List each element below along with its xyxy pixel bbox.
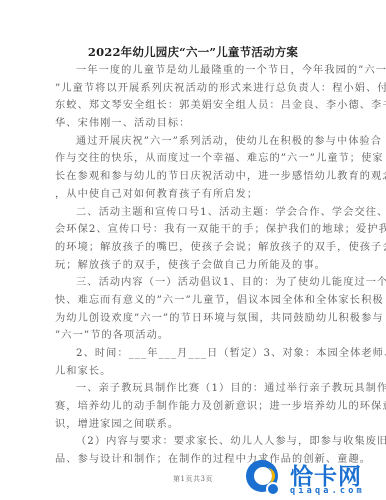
text-line: 儿和家长。 (55, 363, 325, 381)
text-line: 一年一度的儿童节是幼儿最隆重的一个节日，今年我园的”六一 (55, 62, 325, 80)
watermark-domain: qiaqa.com (290, 486, 365, 496)
text-line: ”六一”节的各项活动。 (55, 327, 325, 345)
text-line: 2、时间：___年___月___日（暂定）3、对象：本园全体老师、幼 (55, 345, 325, 363)
document-page: 2022年幼儿园庆“六一”儿童节活动方案 一年一度的儿童节是幼儿最隆重的一个节日… (0, 0, 386, 500)
text-line: （2）内容与要求：要求家长、幼儿人人参与，即参与收集废旧物 (55, 433, 325, 451)
watermark-logo: 恰卡网 qiaqa.com (244, 458, 384, 498)
text-line: 通过开展庆祝”六一”系列活动，使幼儿在积极的参与中体验合 (55, 133, 325, 151)
text-line: 华、宋伟刚一、活动目标： (55, 115, 325, 133)
text-line: 识，增进家园之间联系。 (55, 416, 325, 434)
document-body: 一年一度的儿童节是幼儿最隆重的一个节日，今年我园的”六一 ”儿童节将以开展系列庆… (55, 62, 325, 469)
text-line: 快、难忘而有意义的”六一”儿童节，倡议本园全体和全体家长积极 (55, 292, 325, 310)
text-line: 作与交往的快乐，从而度过一个幸福、难忘的”六一”儿童节；使家 (55, 150, 325, 168)
text-line: 会环保2、宣传口号：我有一双能干的手；保护我们的地球；爱护我们 (55, 221, 325, 239)
logo-dot-icon (266, 482, 280, 496)
text-line: ”儿童节将以开展系列庆祝活动的形式来进行总负责人：程小娟、付 (55, 80, 325, 98)
text-line: 一、亲子教玩具制作比赛（1）目的：通过举行亲子教玩具制作比 (55, 380, 325, 398)
text-line: 玩；解放孩子的双手，使孩子会做自己力所能及的事。 (55, 257, 325, 275)
text-line: 的环境；解放孩子的嘴巴，使孩子会说；解放孩子的双手，使孩子会 (55, 239, 325, 257)
text-line: 东蛟、郑文琴安全组长：郭美娟安全组人员：吕金良、李小德、李书 (55, 97, 325, 115)
document-title: 2022年幼儿园庆“六一”儿童节活动方案 (0, 44, 386, 60)
text-line: 三、活动内容（一）活动倡议1、目的：为了使幼儿能度过一个愉 (55, 274, 325, 292)
text-line: 赛，培养幼儿的动手制作能力及创新意识；进一步培养幼儿的环保意 (55, 398, 325, 416)
text-line: 长在参观和参与幼儿的节日庆祝活动中，进一步感悟幼儿教育的观念 (55, 168, 325, 186)
text-line: ，从中使自己对如何教育孩子有所启发； (55, 186, 325, 204)
text-line: 二、活动主题和宣传口号1、活动主题：学会合作、学会交往、学 (55, 204, 325, 222)
text-line: 为幼儿创设欢度”六一”的节日环境与氛围，共同鼓励幼儿积极参与 (55, 310, 325, 328)
